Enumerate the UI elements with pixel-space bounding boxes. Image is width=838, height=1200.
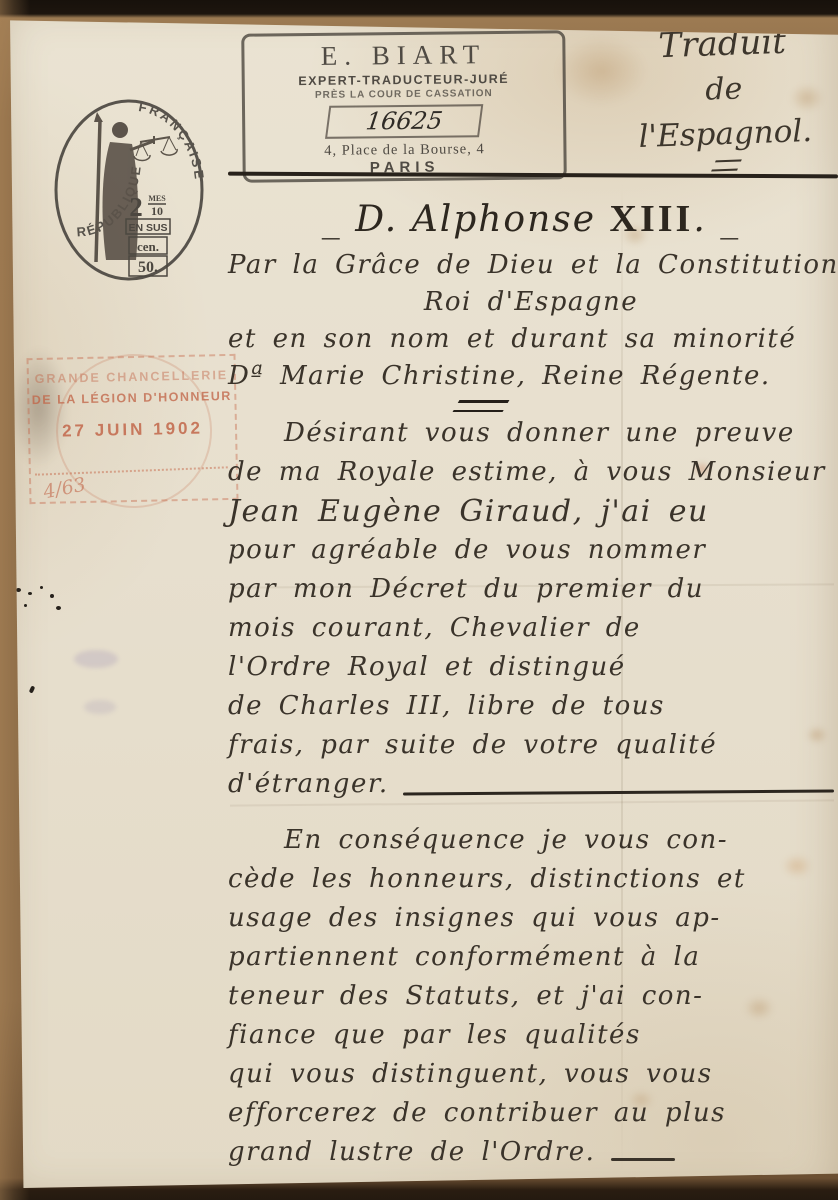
- ink-speck: [16, 588, 21, 592]
- text-line: mois courant, Chevalier de: [228, 609, 834, 648]
- ink-speck: [28, 592, 32, 595]
- seal-rate-block: 2 MES 10 EN SUS cen. 50.: [126, 192, 170, 276]
- text-line: d'étranger.: [228, 765, 834, 804]
- annotation-line: de: [627, 65, 820, 116]
- text-line: par mon Décret du premier du: [228, 570, 834, 609]
- text-line: grand lustre de l'Ordre.: [228, 1133, 834, 1172]
- text-line: Dª Marie Christine, Reine Régente.: [228, 358, 834, 395]
- translator-stamp-title: EXPERT-TRADUCTEUR-JURÉ: [245, 71, 563, 88]
- ink-smudge: [74, 650, 118, 668]
- text-line: efforcerez de contribuer au plus: [228, 1094, 834, 1133]
- ink-speck: [24, 604, 27, 607]
- rate-denominator: 10: [151, 204, 163, 218]
- text-line: teneur des Statuts, et j'ai con-: [228, 977, 834, 1016]
- legion-stamp-line1: GRANDE CHANCELLERIE: [29, 368, 234, 386]
- photo-of-document: { "colors": { "paper": "#e7dfce", "wood_…: [0, 0, 838, 1200]
- text-line: et en son nom et durant sa minorité: [228, 321, 834, 358]
- text-line: qui vous distinguent, vous vous: [228, 1055, 834, 1094]
- text-line-end: grand lustre de l'Ordre.: [228, 1133, 595, 1172]
- ink-speck: [29, 685, 36, 693]
- text-line: usage des insignes qui vous ap-: [228, 899, 834, 938]
- translation-annotation: Traduit de l'Espagnol.: [625, 17, 822, 175]
- text-line: Désirant vous donner une preuve: [228, 414, 834, 453]
- revenue-stamp-seal: RÉPUBLIQUE FRANÇAISE 2 MES 10: [50, 96, 208, 286]
- ink-smudge: [84, 700, 116, 714]
- text-line: de ma Royale estime, à vous Monsieur: [228, 453, 834, 492]
- ink-speck: [50, 594, 54, 598]
- rate-unit: cen.: [137, 239, 159, 254]
- handwritten-text: _ D. Alphonse XIII. _ Par la Grâce de Di…: [228, 192, 834, 1172]
- heading-roman-numeral: XIII: [610, 198, 694, 240]
- double-dash-flourish: [711, 159, 742, 171]
- hand-drawn-dash: [611, 1158, 675, 1161]
- document-paper: E. BIART EXPERT-TRADUCTEUR-JURÉ PRÈS LA …: [0, 0, 838, 1200]
- legion-honneur-stamp: GRANDE CHANCELLERIE DE LA LÉGION D'HONNE…: [26, 354, 238, 504]
- text-line: Roi d'Espagne: [228, 284, 834, 321]
- heading-post: . _: [693, 199, 740, 240]
- text-line-recipient-name: Jean Eugène Giraud, j'ai eu: [228, 492, 834, 531]
- text-line: l'Ordre Royal et distingué: [228, 648, 834, 687]
- ink-speck: [40, 586, 43, 589]
- legion-stamp-note: 4/63: [41, 474, 87, 504]
- translator-stamp: E. BIART EXPERT-TRADUCTEUR-JURÉ PRÈS LA …: [241, 30, 567, 182]
- translator-stamp-name: E. BIART: [244, 38, 562, 72]
- text-line: En conséquence je vous con-: [228, 821, 834, 860]
- justice-figure: [94, 112, 177, 262]
- text-line: pour agréable de vous nommer: [228, 531, 834, 570]
- rate-big: 2: [129, 192, 143, 222]
- text-line: partiennent conformément à la: [228, 938, 834, 977]
- text-line: fiance que par les qualités: [228, 1016, 834, 1055]
- ink-speck: [56, 606, 61, 610]
- translator-stamp-number: 16625: [325, 104, 483, 139]
- rate-small: MES: [148, 194, 166, 203]
- translator-stamp-subtitle: PRÈS LA COUR DE CASSATION: [245, 87, 563, 101]
- text-line: cède les honneurs, distinctions et: [228, 860, 834, 899]
- section-divider-flourish: [453, 400, 510, 412]
- hand-drawn-rule: [403, 789, 834, 795]
- text-line: de Charles III, libre de tous: [228, 687, 834, 726]
- text-line-end: d'étranger.: [228, 765, 389, 804]
- text-line: frais, par suite de votre qualité: [228, 726, 834, 765]
- text-line: Par la Grâce de Dieu et la Constitution.: [228, 247, 834, 284]
- heading-pre: _ D. Alphonse: [322, 199, 610, 240]
- rate-value: 50.: [138, 259, 158, 276]
- document-heading: _ D. Alphonse XIII. _: [228, 192, 834, 247]
- rate-surcharge: EN SUS: [128, 222, 167, 234]
- annotation-line: l'Espagnol.: [629, 109, 822, 160]
